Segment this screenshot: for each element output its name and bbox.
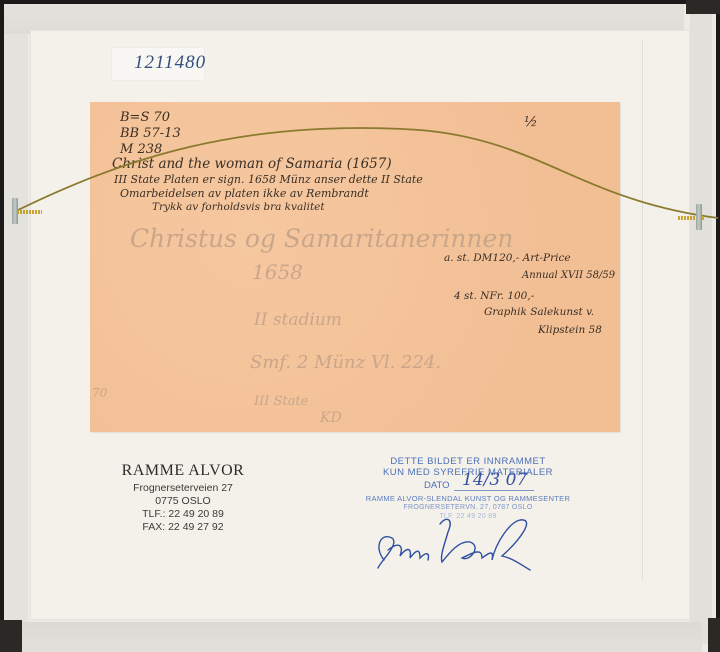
frame-corner-bottom-left <box>0 620 22 652</box>
framer-stamp: RAMME ALVOR Frognerseterveien 27 0775 OS… <box>108 462 258 534</box>
price-note-3: 4 st. NFr. 100,- <box>454 290 534 302</box>
signature <box>370 512 540 576</box>
stamp-date-underline <box>454 490 534 491</box>
ink-note-title: Christ and the woman of Samaria (1657) <box>112 156 392 172</box>
framer-city: 0775 OSLO <box>108 495 258 508</box>
framer-address: Frognerseterveien 27 <box>108 482 258 495</box>
pencil-year: 1658 <box>252 260 303 284</box>
tape-left <box>4 4 28 624</box>
inventory-label: 1211480 <box>112 48 204 80</box>
pencil-left-number: 70 <box>92 386 107 400</box>
stamp-date-row: DATO 14/3 07 <box>358 478 578 494</box>
picture-frame: 1211480 B=S 70 BB 57-13 M 238 Christ and… <box>0 0 720 652</box>
ink-note-quality: Trykk av forholdsvis bra kvalitet <box>152 201 325 213</box>
wire-clip-right <box>696 204 702 230</box>
price-note-4: Graphik Salekunst v. <box>484 306 594 318</box>
ink-note-2: BB 57-13 <box>120 126 181 141</box>
price-note-5: Klipstein 58 <box>538 324 602 336</box>
annotation-card: B=S 70 BB 57-13 M 238 Christ and the wom… <box>90 102 620 432</box>
pencil-state: III State <box>254 394 308 409</box>
inventory-number: 1211480 <box>134 52 206 74</box>
price-note-2: Annual XVII 58/59 <box>522 270 615 281</box>
pencil-initials: KD <box>320 410 342 426</box>
pencil-stadium: II stadium <box>254 310 342 330</box>
ink-note-3: M 238 <box>120 142 162 157</box>
pencil-title: Christus og Samaritanerinnen <box>130 224 513 253</box>
frame-corner-bottom-right <box>708 618 720 652</box>
framer-name: RAMME ALVOR <box>108 462 258 480</box>
ink-note-rework: Omarbeidelsen av platen ikke av Rembrand… <box>120 187 369 200</box>
ink-corner-note: ½ <box>524 114 538 130</box>
ink-note-1: B=S 70 <box>120 110 170 125</box>
price-note-1: a. st. DM120,- Art-Price <box>444 252 571 264</box>
frame-corner-top-right <box>686 0 720 14</box>
pencil-reference: Smf. 2 Münz Vl. 224. <box>250 352 441 373</box>
stamp-date-label: DATO <box>424 478 450 494</box>
mat-edge-line <box>642 40 643 580</box>
tape-bottom <box>22 622 702 652</box>
tape-right <box>690 4 712 644</box>
stamp-line-4: FROGNERSETERVN. 27, 0787 OSLO <box>358 503 578 512</box>
ink-note-state: III State Platen er sign. 1658 Münz anse… <box>114 173 423 186</box>
stamp-line-1: DETTE BILDET ER INNRAMMET <box>358 456 578 467</box>
framer-phone: TLF.: 22 49 20 89 <box>108 508 258 521</box>
stamp-line-3: RAMME ALVOR-SLENDAL KUNST OG RAMMESENTER <box>358 494 578 503</box>
framer-fax: FAX: 22 49 27 92 <box>108 521 258 534</box>
stamp-date-value: 14/3 07 <box>462 472 527 488</box>
wire-clip-left <box>12 198 18 224</box>
